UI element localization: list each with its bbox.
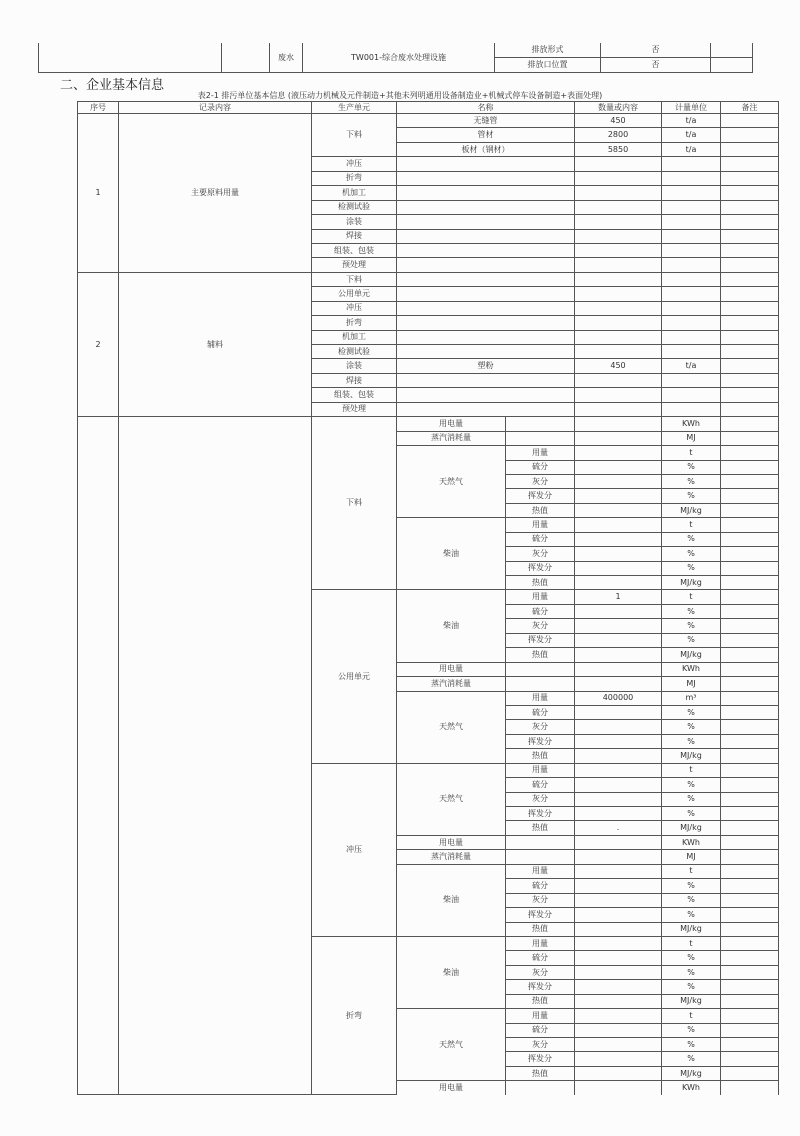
empty-cell [711,58,753,73]
remark [721,460,779,474]
material-name [397,243,575,257]
measure-unit: MJ/kg [662,576,721,590]
quantity [575,893,662,907]
production-unit: 冲压 [312,157,397,171]
quantity [575,373,662,387]
remark [721,431,779,445]
fuel-param: 挥发分 [506,734,575,748]
remark [721,301,779,315]
remark [721,316,779,330]
measure-unit [662,330,721,344]
measure-unit: % [662,705,721,719]
table-caption: 表2-1 排污单位基本信息 (液压动力机械及元件制造+其他未列明通用设备制造业+… [0,90,800,101]
remark [721,272,779,286]
quantity [575,474,662,488]
material-name [397,229,575,243]
remark [721,287,779,301]
energy-name: 蒸汽消耗量 [397,431,506,445]
remark [721,171,779,185]
quantity [575,994,662,1008]
measure-unit: % [662,965,721,979]
remark [721,994,779,1008]
material-name [397,215,575,229]
record-content: 辅料 [119,272,312,416]
quantity [575,1023,662,1037]
remark [721,186,779,200]
remark [721,547,779,561]
fuel-param: 热值 [506,922,575,936]
quantity [575,792,662,806]
quantity [575,171,662,185]
remark [721,850,779,864]
fuel-name: 柴油 [397,518,506,590]
measure-unit: % [662,908,721,922]
quantity: 2800 [575,128,662,142]
measure-unit: t/a [662,114,721,128]
fuel-param: 挥发分 [506,633,575,647]
quantity [575,1066,662,1080]
quantity [575,215,662,229]
material-name [397,287,575,301]
quantity [575,272,662,286]
fuel-param: 灰分 [506,965,575,979]
fuel-name: 柴油 [397,936,506,1008]
wastewater-category: 废水 [270,43,303,73]
quantity [575,200,662,214]
fuel-param: 灰分 [506,619,575,633]
header-remark: 备注 [721,102,779,114]
remark [721,114,779,128]
measure-unit [662,243,721,257]
quantity [575,807,662,821]
measure-unit [662,171,721,185]
fuel-param: 热值 [506,821,575,835]
measure-unit: MJ [662,431,721,445]
quantity [575,402,662,416]
quantity [575,547,662,561]
remark [721,980,779,994]
quantity [575,936,662,950]
quantity: 450 [575,114,662,128]
measure-unit: % [662,561,721,575]
row-index: 1 [78,114,119,273]
quantity [575,186,662,200]
energy-name: 用电量 [397,417,506,431]
quantity [575,908,662,922]
remark [721,677,779,691]
quantity [575,705,662,719]
remark [721,922,779,936]
production-unit: 焊接 [312,373,397,387]
header-name: 名称 [397,102,575,114]
production-unit: 检测试验 [312,345,397,359]
table-row: 2辅料下料 [78,272,779,286]
fuel-param: 热值 [506,1066,575,1080]
measure-unit: % [662,951,721,965]
quantity [575,345,662,359]
measure-unit: % [662,893,721,907]
remark [721,417,779,431]
remark [721,489,779,503]
energy-name: 蒸汽消耗量 [397,850,506,864]
production-unit: 折弯 [312,171,397,185]
quantity [575,561,662,575]
material-name [397,272,575,286]
energy-param [506,431,575,445]
remark [721,142,779,156]
remark [721,936,779,950]
quantity [575,720,662,734]
fuel-name: 天然气 [397,691,506,763]
material-name [397,316,575,330]
remark [721,633,779,647]
remark [721,1009,779,1023]
material-name [397,388,575,402]
measure-unit [662,316,721,330]
measure-unit: t [662,936,721,950]
measure-unit: MJ/kg [662,503,721,517]
remark [721,807,779,821]
fuel-name: 天然气 [397,446,506,518]
material-name [397,200,575,214]
measure-unit: % [662,720,721,734]
fuel-param: 硫分 [506,460,575,474]
fuel-param: 用量 [506,446,575,460]
remark [721,821,779,835]
energy-param [506,662,575,676]
measure-unit: t [662,763,721,777]
fuel-param: 硫分 [506,778,575,792]
header-content: 记录内容 [119,102,312,114]
remark [721,1038,779,1052]
fuel-param: 用量 [506,864,575,878]
quantity: . [575,821,662,835]
quantity [575,417,662,431]
material-name: 无缝管 [397,114,575,128]
quantity [575,229,662,243]
fuel-param: 挥发分 [506,489,575,503]
energy-param [506,1081,575,1095]
production-unit: 组装、包装 [312,388,397,402]
quantity [575,864,662,878]
quantity [575,431,662,445]
quantity [575,301,662,315]
measure-unit: % [662,734,721,748]
measure-unit: % [662,879,721,893]
remark [721,778,779,792]
production-unit: 检测试验 [312,200,397,214]
remark [721,1081,779,1095]
material-name [397,157,575,171]
row-index [78,417,119,1095]
quantity [575,503,662,517]
quantity [575,157,662,171]
quantity: 400000 [575,691,662,705]
measure-unit: % [662,807,721,821]
measure-unit [662,229,721,243]
fuel-param: 挥发分 [506,561,575,575]
production-unit: 涂装 [312,359,397,373]
energy-param [506,850,575,864]
measure-unit: t [662,864,721,878]
measure-unit: % [662,1023,721,1037]
fuel-param: 硫分 [506,705,575,719]
fuel-param: 挥发分 [506,908,575,922]
quantity [575,258,662,272]
measure-unit: t [662,1009,721,1023]
measure-unit: KWh [662,417,721,431]
record-content [119,417,312,1095]
measure-unit [662,287,721,301]
remark [721,258,779,272]
quantity [575,604,662,618]
measure-unit: % [662,619,721,633]
header-unit: 生产单元 [312,102,397,114]
basic-info-table: 序号记录内容生产单元名称数量或内容计量单位备注1主要原料用量下料无缝管450t/… [77,101,779,1095]
material-name [397,345,575,359]
header-index: 序号 [78,102,119,114]
measure-unit: t/a [662,128,721,142]
energy-name: 蒸汽消耗量 [397,677,506,691]
quantity [575,243,662,257]
remark [721,576,779,590]
remark [721,864,779,878]
measure-unit: KWh [662,835,721,849]
measure-unit [662,258,721,272]
quantity [575,316,662,330]
remark [721,229,779,243]
remark [721,474,779,488]
quantity [575,330,662,344]
row-index: 2 [78,272,119,416]
remark [721,330,779,344]
material-name [397,330,575,344]
fuel-param: 硫分 [506,1023,575,1037]
production-unit: 机加工 [312,186,397,200]
empty-cell [222,43,270,73]
quantity [575,1038,662,1052]
quantity [575,734,662,748]
production-unit: 折弯 [312,936,397,1094]
production-unit: 预处理 [312,258,397,272]
measure-unit [662,402,721,416]
quantity [575,951,662,965]
production-unit: 下料 [312,114,397,157]
table-row: 下料用电量KWh [78,417,779,431]
energy-param [506,835,575,849]
fuel-param: 热值 [506,749,575,763]
fuel-param: 热值 [506,576,575,590]
production-unit: 下料 [312,272,397,286]
quantity [575,922,662,936]
quantity: 5850 [575,142,662,156]
item-label: 排放形式 [495,43,601,58]
fuel-param: 灰分 [506,720,575,734]
remark [721,763,779,777]
fuel-name: 柴油 [397,864,506,936]
energy-name: 用电量 [397,835,506,849]
record-content: 主要原料用量 [119,114,312,273]
fuel-param: 挥发分 [506,807,575,821]
measure-unit [662,388,721,402]
measure-unit: t [662,518,721,532]
remark [721,373,779,387]
remark [721,720,779,734]
remark [721,1066,779,1080]
measure-unit [662,186,721,200]
empty-cell [711,43,753,58]
material-name [397,373,575,387]
remark [721,965,779,979]
energy-name: 用电量 [397,662,506,676]
fuel-param: 热值 [506,994,575,1008]
remark [721,648,779,662]
remark [721,1023,779,1037]
quantity [575,749,662,763]
measure-unit: MJ/kg [662,749,721,763]
measure-unit: % [662,547,721,561]
quantity [575,489,662,503]
measure-unit [662,272,721,286]
material-name: 塑粉 [397,359,575,373]
remark [721,619,779,633]
energy-param [506,677,575,691]
remark [721,532,779,546]
material-name [397,171,575,185]
measure-unit: % [662,532,721,546]
measure-unit: % [662,474,721,488]
fuel-param: 用量 [506,518,575,532]
measure-unit [662,200,721,214]
measure-unit: t [662,446,721,460]
remark [721,561,779,575]
fuel-param: 灰分 [506,1038,575,1052]
measure-unit: m³ [662,691,721,705]
quantity [575,763,662,777]
production-unit: 冲压 [312,763,397,936]
quantity [575,518,662,532]
measure-unit: KWh [662,1081,721,1095]
quantity: 1 [575,590,662,604]
material-name [397,258,575,272]
empty-cell [39,43,222,73]
header-measure: 计量单位 [662,102,721,114]
quantity [575,287,662,301]
fuel-param: 挥发分 [506,1052,575,1066]
remark [721,691,779,705]
remark [721,734,779,748]
measure-unit: % [662,604,721,618]
measure-unit: KWh [662,662,721,676]
remark [721,359,779,373]
measure-unit: % [662,1052,721,1066]
item-value: 否 [601,43,711,58]
remark [721,835,779,849]
measure-unit: % [662,980,721,994]
fuel-param: 挥发分 [506,980,575,994]
fuel-param: 硫分 [506,951,575,965]
energy-name: 用电量 [397,1081,506,1095]
remark [721,345,779,359]
remark [721,590,779,604]
production-unit: 下料 [312,417,397,590]
remark [721,518,779,532]
measure-unit: MJ/kg [662,1066,721,1080]
fuel-param: 用量 [506,590,575,604]
remark [721,402,779,416]
remark [721,503,779,517]
measure-unit: t/a [662,142,721,156]
remark [721,951,779,965]
remark [721,749,779,763]
material-name [397,402,575,416]
measure-unit: % [662,460,721,474]
measure-unit: % [662,792,721,806]
item-label: 排放口位置 [495,58,601,73]
fuel-param: 用量 [506,691,575,705]
production-unit: 机加工 [312,330,397,344]
fuel-param: 热值 [506,648,575,662]
measure-unit: MJ/kg [662,821,721,835]
fuel-param: 用量 [506,763,575,777]
production-unit: 折弯 [312,316,397,330]
fuel-param: 硫分 [506,532,575,546]
remark [721,604,779,618]
measure-unit: MJ/kg [662,648,721,662]
remark [721,705,779,719]
quantity [575,532,662,546]
material-name: 板材（钢材） [397,142,575,156]
quantity [575,648,662,662]
remark [721,908,779,922]
quantity: 450 [575,359,662,373]
production-unit: 公用单元 [312,287,397,301]
material-name [397,186,575,200]
measure-unit: % [662,633,721,647]
measure-unit [662,345,721,359]
quantity [575,1009,662,1023]
fuel-param: 用量 [506,1009,575,1023]
document-page: 废水 TW001-综合废水处理设施 排放形式 否 排放口位置 否 二、企业基本信… [0,0,800,1136]
measure-unit [662,215,721,229]
remark [721,215,779,229]
measure-unit: % [662,489,721,503]
production-unit: 预处理 [312,402,397,416]
quantity [575,576,662,590]
fuel-param: 热值 [506,503,575,517]
measure-unit [662,373,721,387]
remark [721,792,779,806]
material-name: 管材 [397,128,575,142]
fuel-param: 灰分 [506,893,575,907]
measure-unit: MJ [662,677,721,691]
quantity [575,879,662,893]
table-row: 1主要原料用量下料无缝管450t/a [78,114,779,128]
quantity [575,1052,662,1066]
production-unit: 冲压 [312,301,397,315]
quantity [575,460,662,474]
quantity [575,662,662,676]
production-unit: 公用单元 [312,590,397,763]
quantity [575,633,662,647]
measure-unit: MJ/kg [662,922,721,936]
fuel-param: 灰分 [506,474,575,488]
quantity [575,850,662,864]
fuel-name: 天然气 [397,763,506,835]
fuel-param: 硫分 [506,879,575,893]
quantity [575,677,662,691]
measure-unit: MJ/kg [662,994,721,1008]
